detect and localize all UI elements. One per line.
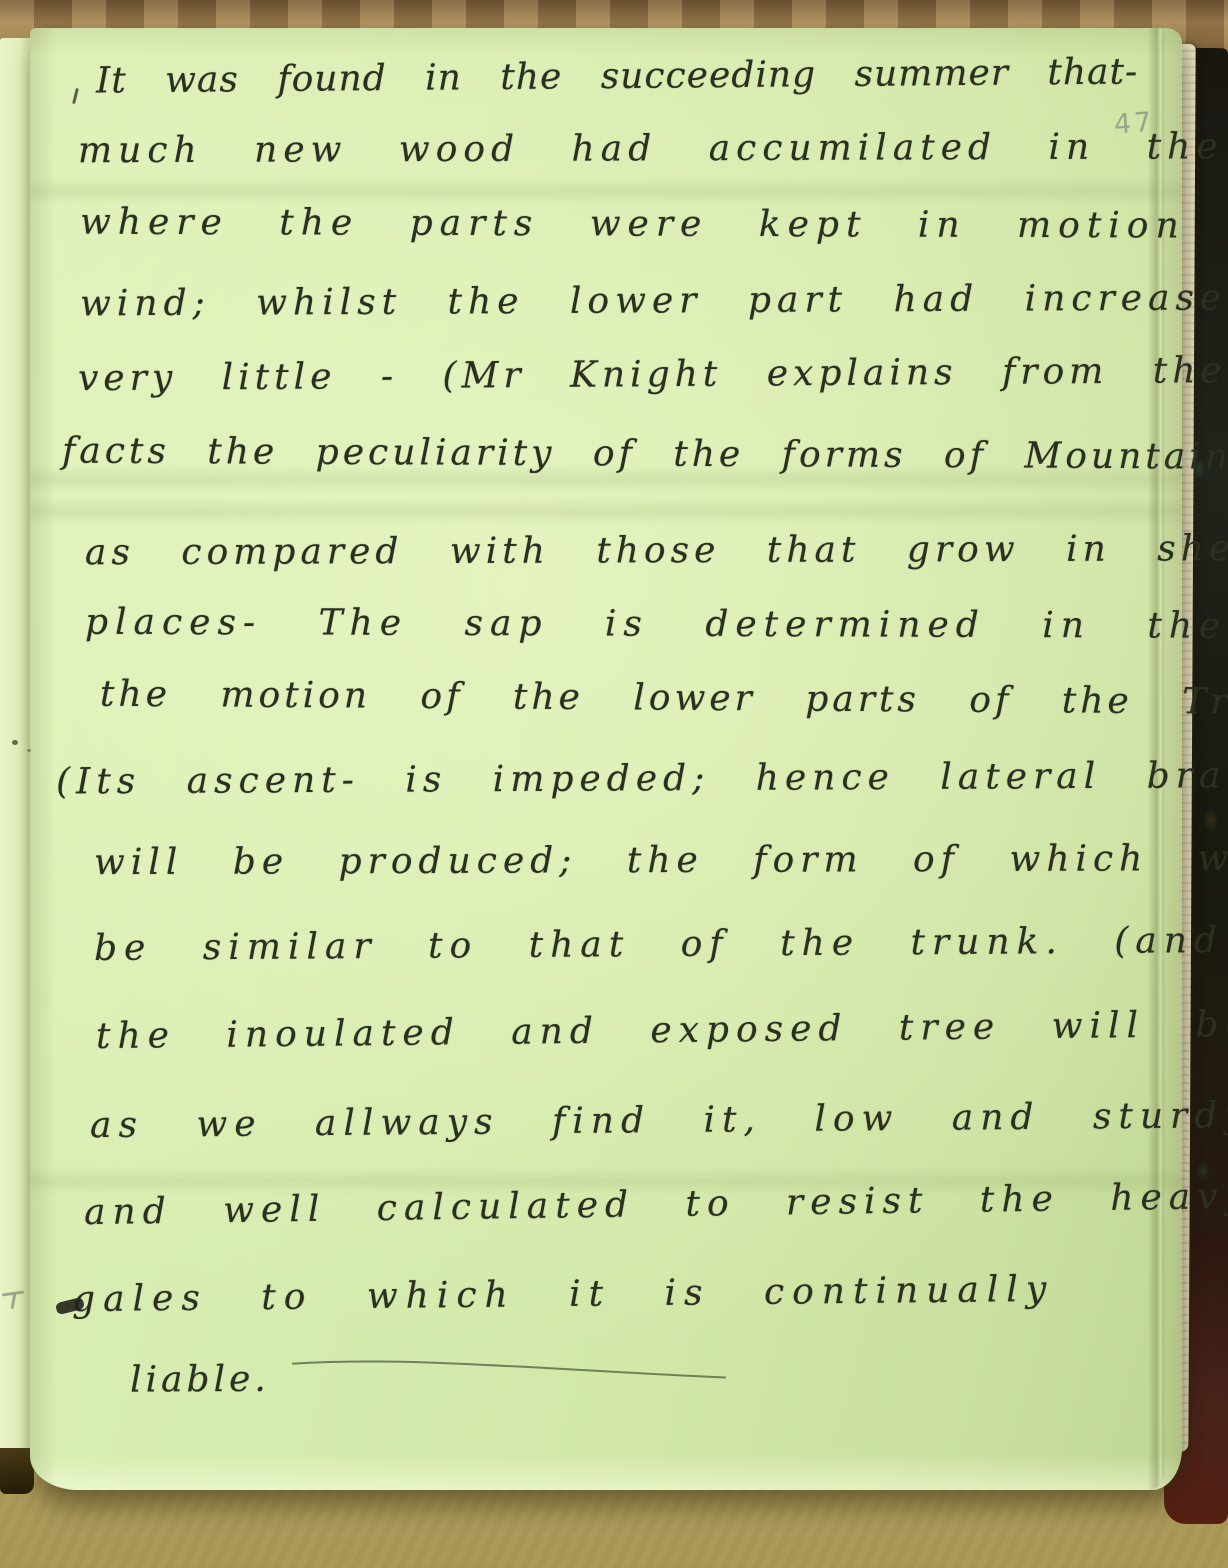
flourish-line xyxy=(290,1354,730,1384)
manuscript-line-text: liable. xyxy=(130,1359,270,1401)
manuscript-line: liable. xyxy=(130,1354,730,1400)
manuscript-line: be similar to that of the trunk. (and xyxy=(94,920,1224,969)
ink-dot-margin xyxy=(12,740,18,745)
manuscript-line: will be produced; the form of which will xyxy=(94,838,1228,883)
binding-corner-bottom-left xyxy=(0,1448,34,1494)
ink-tick-mark xyxy=(72,88,79,104)
manuscript-line: very little - (Mr Knight explains from t… xyxy=(78,350,1228,399)
manuscript-line: facts the peculiarity of the forms of Mo… xyxy=(62,431,1228,479)
manuscript-line: wind; whilst the lower part had increase… xyxy=(80,277,1228,325)
manuscript-line: as compared with those that grow in shel… xyxy=(85,528,1228,573)
manuscript-line: gales to which it is continually xyxy=(72,1269,1055,1320)
manuscript-line: and well calculated to resist the heavy xyxy=(84,1176,1228,1233)
manuscript-line: places- The sap is determined in them by xyxy=(85,602,1228,648)
manuscript-line: the motion of the lower parts of the Tru… xyxy=(100,674,1228,724)
manuscript-line: as we allways find it, low and sturdy, xyxy=(90,1095,1228,1146)
manuscript-line: where the parts were kept in motion by t… xyxy=(80,202,1228,248)
manuscript-line: It was found in the succeeding summer th… xyxy=(96,51,1139,101)
manuscript-page: 47 It was found in the succeeding summer… xyxy=(30,28,1182,1490)
handwriting-layer: It was found in the succeeding summer th… xyxy=(30,28,1182,1490)
manuscript-line: much new wood had accumilated in the sta… xyxy=(78,126,1228,172)
manuscript-line: the inoulated and exposed tree will be xyxy=(96,1004,1228,1057)
manuscript-line: (Its ascent- is impeded; hence lateral b… xyxy=(56,755,1228,803)
pencil-margin-mark xyxy=(2,1288,28,1310)
